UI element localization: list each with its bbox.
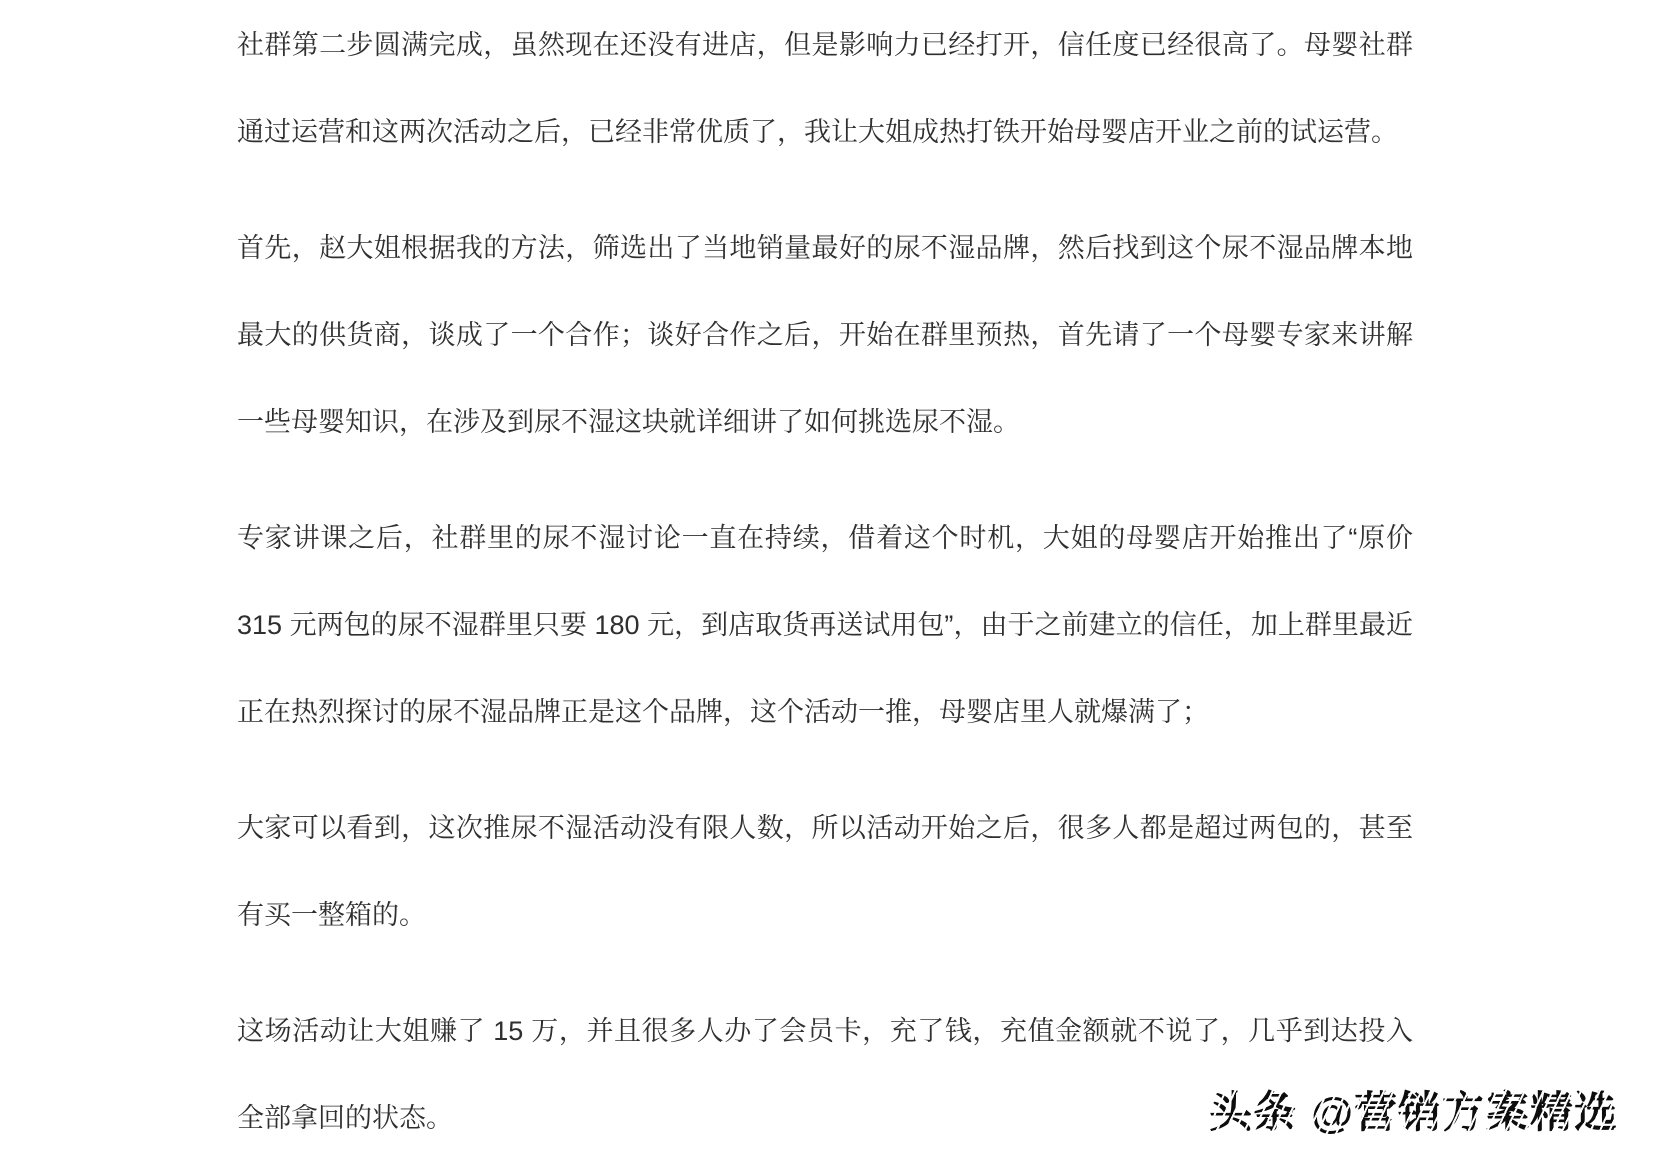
article-paragraph: 大家可以看到，这次推尿不湿活动没有限人数，所以活动开始之后，很多人都是超过两包的… — [237, 785, 1413, 959]
article-paragraph: 专家讲课之后，社群里的尿不湿讨论一直在持续，借着这个时机，大姐的母婴店开始推出了… — [237, 495, 1413, 756]
article-body: 社群第二步圆满完成，虽然现在还没有进店，但是影响力已经打开，信任度已经很高了。母… — [237, 2, 1413, 1162]
article-page: { "page": { "background_color": "#ffffff… — [0, 0, 1654, 1175]
article-paragraph: 首先，赵大姐根据我的方法，筛选出了当地销量最好的尿不湿品牌，然后找到这个尿不湿品… — [237, 205, 1413, 466]
article-paragraph: 社群第二步圆满完成，虽然现在还没有进店，但是影响力已经打开，信任度已经很高了。母… — [237, 2, 1413, 176]
watermark-account-label: @营销方案精选 — [1311, 1089, 1618, 1137]
toutiao-watermark: 头条@营销方案精选 — [1209, 1088, 1618, 1140]
watermark-platform-label: 头条 — [1209, 1089, 1297, 1137]
